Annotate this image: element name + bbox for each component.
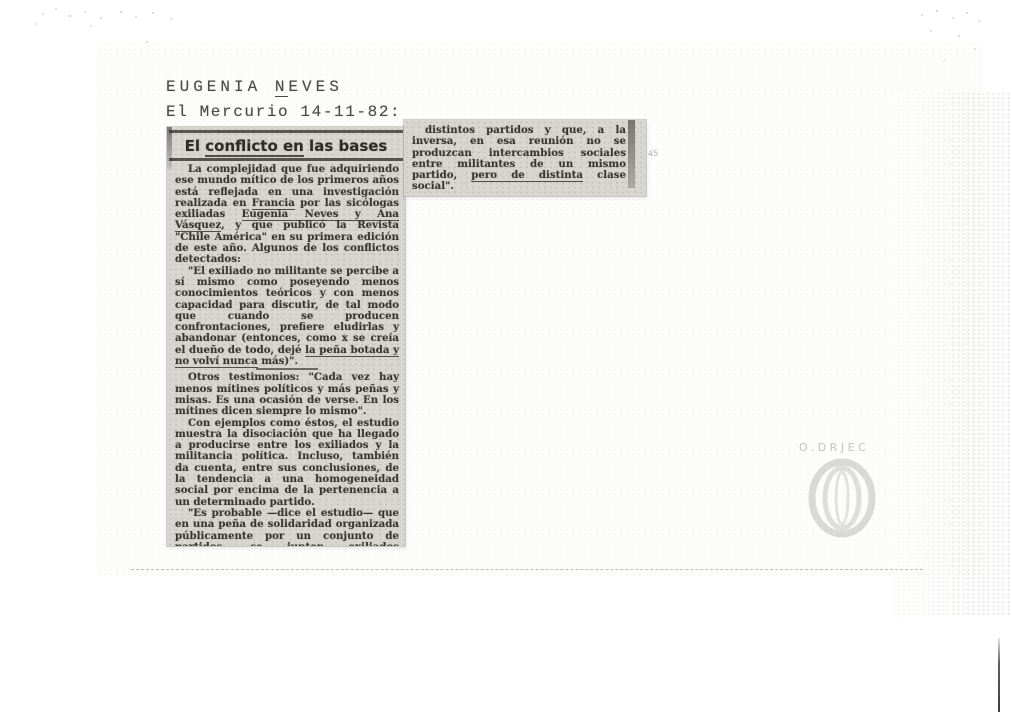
pencil-mark: 45	[647, 148, 658, 158]
sheet-bottom-edge-shadow	[131, 569, 923, 570]
scanner-speckles-top-right	[908, 8, 910, 10]
underlined-text: conflicto en	[205, 137, 304, 157]
text-run: más)".	[258, 355, 298, 367]
newspaper-clipping-column-1: El conflicto en las bases La complejidad…	[167, 127, 405, 546]
article-paragraph: distintos partidos y que, a la inversa, …	[412, 125, 626, 193]
article-headline: El conflicto en las bases	[169, 130, 403, 161]
article-column-2-body: distintos partidos y que, a la inversa, …	[404, 120, 646, 193]
archive-stamp-emblem-icon	[804, 457, 880, 539]
clipping-edge-smudge	[167, 127, 172, 169]
clipping-edge-smudge	[628, 120, 635, 188]
underlined-text: N	[275, 78, 289, 97]
newspaper-clipping-column-2: distintos partidos y que, a la inversa, …	[404, 120, 646, 196]
underlined-text: pero de distinta	[471, 169, 583, 182]
archive-stamp-text: O.DRJEC	[799, 441, 869, 454]
text-run: El	[185, 137, 206, 155]
text-run: las bases	[304, 137, 388, 155]
text-run: Con ejemplos como éstos, el estudio mues…	[175, 417, 399, 508]
text-run: "Es probable —dice el estudio— que en un…	[175, 507, 399, 546]
scanned-press-clipping-page: { "colors":{"sheet":"#fdfdfc","clipping_…	[0, 0, 1012, 717]
text-run: EUGENIA	[166, 78, 275, 96]
article-column-1-body: La complejidad que fue adquiriendo ese m…	[167, 161, 405, 546]
article-paragraph: "Es probable —dice el estudio— que en un…	[175, 508, 399, 546]
scanner-edge-artifact	[998, 638, 1000, 712]
text-run: "El exiliado no militante se percibe a s…	[175, 265, 399, 356]
article-paragraph: La complejidad que fue adquiriendo ese m…	[175, 164, 399, 266]
article-paragraph: "El exiliado no militante se percibe a s…	[175, 266, 399, 368]
typed-source-date-line: El Mercurio 14-11-82:	[166, 103, 401, 121]
scan-texture-band	[891, 92, 1012, 617]
text-run: EVES	[288, 78, 342, 96]
article-paragraph: Otros testimonios: "Cada vez hay menos m…	[175, 372, 399, 417]
scanner-speckles-top-left	[28, 10, 30, 12]
text-run: Otros testimonios: "Cada vez hay menos m…	[175, 371, 399, 417]
typed-author-line: EUGENIA NEVES	[166, 78, 343, 96]
article-paragraph: Con ejemplos como éstos, el estudio mues…	[175, 418, 399, 508]
